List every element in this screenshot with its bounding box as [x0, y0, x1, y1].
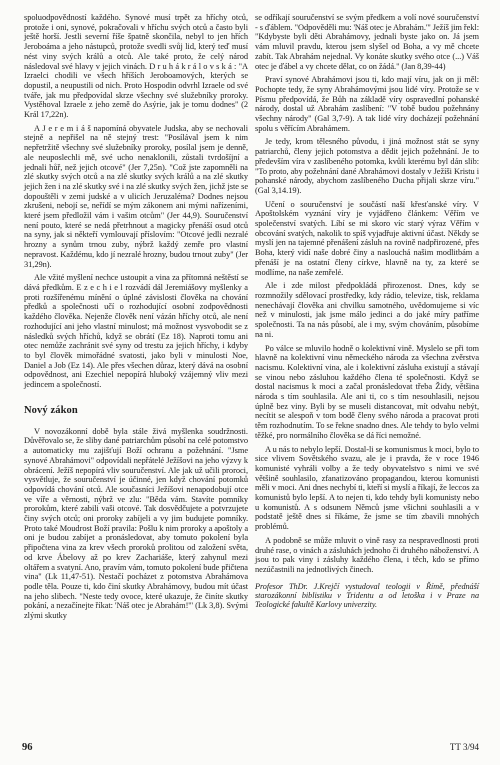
- paragraph: A podobně se může mluvit o vině rasy za …: [255, 536, 479, 575]
- left-column: spoluodpovědností každého. Synové musí t…: [24, 13, 248, 625]
- paragraph: Je tedy, krom tělesného původu, i jiná m…: [255, 137, 479, 195]
- document-page: spoluodpovědností každého. Synové musí t…: [0, 0, 500, 765]
- paragraph: spoluodpovědností každého. Synové musí t…: [24, 13, 248, 120]
- right-column: se odříkají souručenství se svým předkem…: [255, 13, 479, 625]
- paragraph: Učení o souručenství je součástí naší kř…: [255, 200, 479, 278]
- paragraph: Praví synové Abrahámovi jsou ti, kdo maj…: [255, 75, 479, 133]
- article-body: spoluodpovědností každého. Synové musí t…: [0, 0, 500, 625]
- paragraph: A u nás to nebylo lepší. Dostal-li se ko…: [255, 445, 479, 532]
- paragraph: Ale vžité myšlení nechce ustoupit a vina…: [24, 273, 248, 389]
- paragraph: Po válce se mluvilo hodně o kolektivní v…: [255, 344, 479, 441]
- paragraph: se odříkají souručenství se svým předkem…: [255, 13, 479, 71]
- paragraph: V novozákonní době byla stále živá myšle…: [24, 427, 248, 621]
- issue-label: TT 3/94: [450, 742, 479, 752]
- page-number: 96: [22, 742, 33, 753]
- author-bio: Profesor ThDr. J.Krejčí vystudoval teolo…: [255, 582, 479, 610]
- paragraph: Ale i zde milost předpokládá přirozenost…: [255, 281, 479, 339]
- paragraph: A J e r e m i á š napomíná obyvatele Jud…: [24, 124, 248, 270]
- section-heading: Nový zákon: [24, 405, 248, 416]
